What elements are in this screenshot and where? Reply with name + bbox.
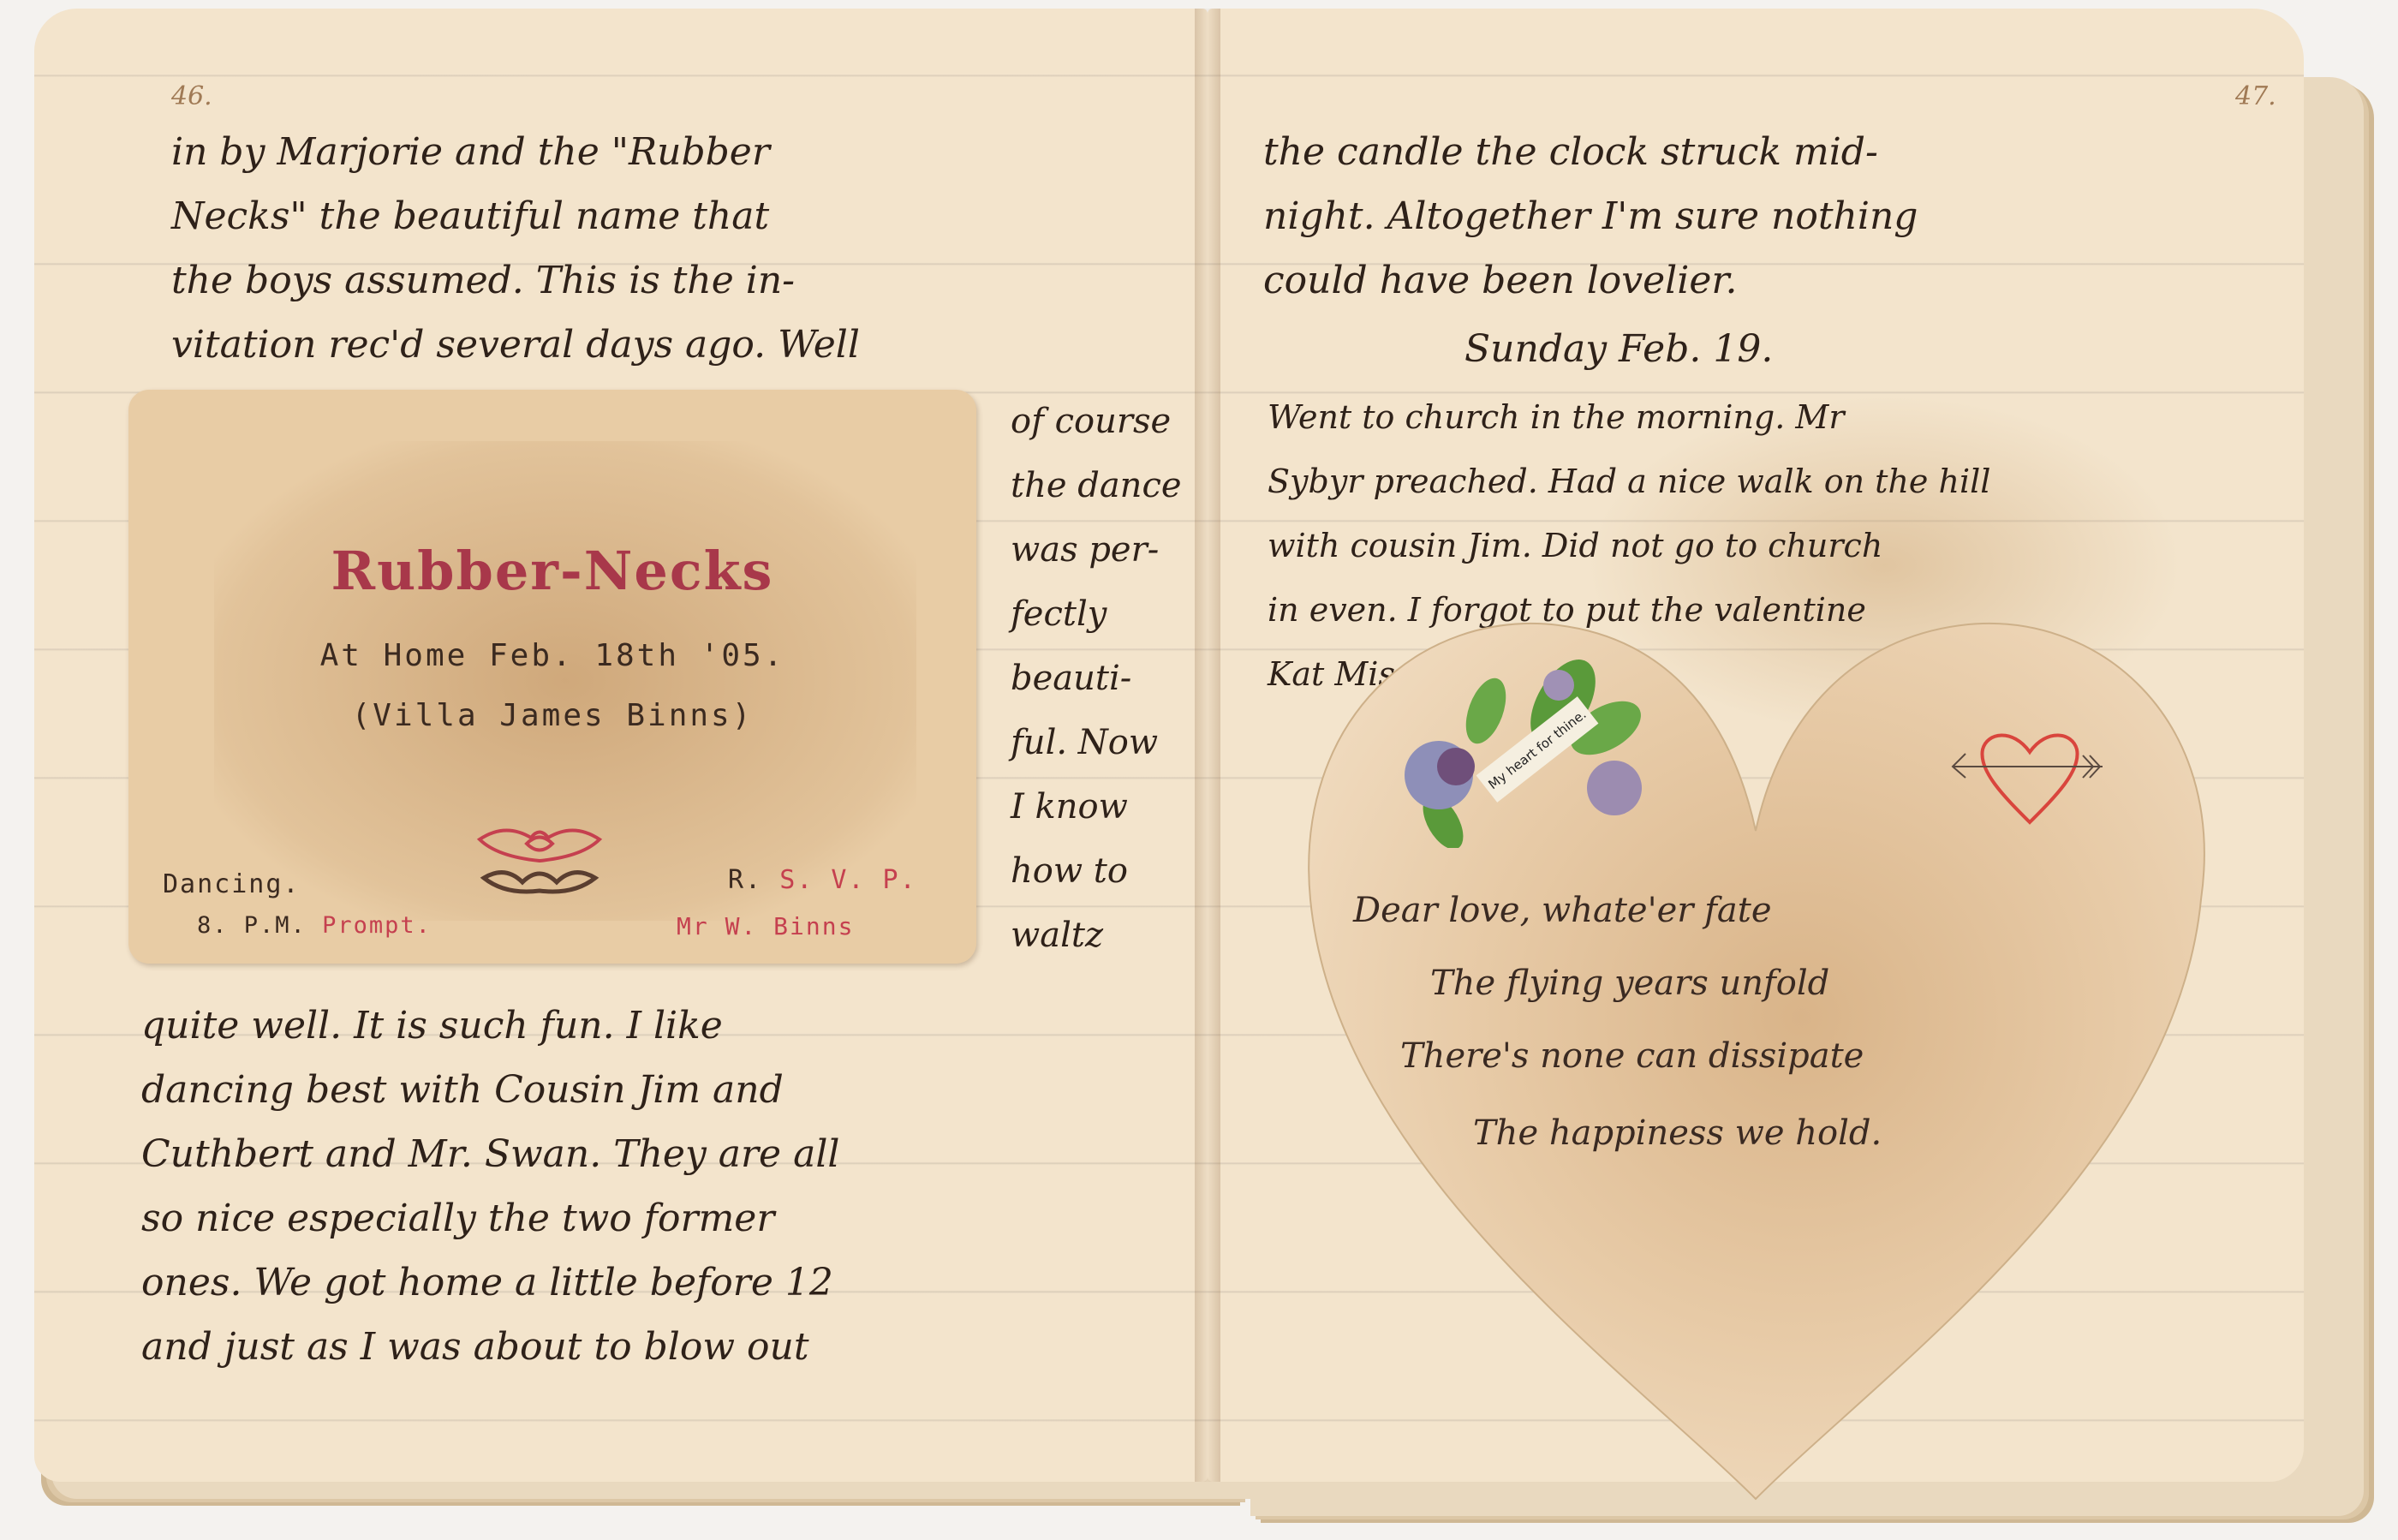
- right-page-top-text: the candle the clock struck mid- night. …: [1263, 120, 1918, 313]
- text-line: the candle the clock struck mid-: [1263, 120, 1918, 184]
- invitation-rsvp-name: Mr W. Binns: [677, 912, 854, 940]
- text-line: dancing best with Cousin Jim and: [141, 1058, 839, 1122]
- invitation-date-line: At Home Feb. 18th '05.: [128, 638, 976, 673]
- text-line: quite well. It is such fun. I like: [141, 994, 839, 1058]
- invitation-rsvp: R. S. V. P.: [728, 865, 917, 895]
- rsvp-red: S. V. P.: [779, 865, 917, 895]
- text-line: could have been lovelier.: [1263, 248, 1918, 313]
- ornament-icon: [462, 822, 617, 899]
- page-number-left: 46.: [171, 81, 212, 111]
- book-gutter: [1195, 9, 1220, 1482]
- left-page-bottom-text: quite well. It is such fun. I like danci…: [141, 994, 839, 1379]
- poem-line: The flying years unfold: [1430, 964, 1829, 1003]
- left-page-top-text: in by Marjorie and the "Rubber Necks" th…: [171, 120, 860, 377]
- invitation-time-black: 8. P.M.: [197, 912, 307, 939]
- heart-with-arrow-icon: [1944, 728, 2115, 831]
- invitation-time: 8. P.M. Prompt.: [197, 912, 432, 939]
- text-line: the boys assumed. This is the in-: [171, 248, 860, 313]
- text-line: the dance: [1011, 454, 1182, 518]
- invitation-host-line: (Villa James Binns): [128, 698, 976, 733]
- text-line: beauti-: [1011, 647, 1182, 711]
- text-line: waltz: [1011, 904, 1182, 968]
- text-line: Sybyr preached. Had a nice walk on the h…: [1268, 450, 1990, 514]
- floral-scrap: My heart for thine.: [1392, 660, 1674, 848]
- invitation-time-red: Prompt.: [322, 912, 432, 939]
- text-line: with cousin Jim. Did not go to church: [1268, 514, 1990, 578]
- left-page-side-column: of course the dance was per- fectly beau…: [1011, 390, 1182, 968]
- poem-line: There's none can dissipate: [1400, 1036, 1864, 1076]
- invitation-card: Rubber-Necks At Home Feb. 18th '05. (Vil…: [128, 390, 976, 964]
- text-line: how to: [1011, 839, 1182, 904]
- text-line: was per-: [1011, 518, 1182, 582]
- text-line: I know: [1011, 775, 1182, 839]
- date-heading: Sunday Feb. 19.: [1464, 317, 1773, 381]
- text-line: in by Marjorie and the "Rubber: [171, 120, 860, 184]
- text-line: Cuthbert and Mr. Swan. They are all: [141, 1122, 839, 1186]
- text-line: of course: [1011, 390, 1182, 454]
- text-line: and just as I was about to blow out: [141, 1315, 839, 1379]
- poem-line: Dear love, whate'er fate: [1353, 891, 1772, 930]
- text-line: ful. Now: [1011, 711, 1182, 775]
- text-line: night. Altogether I'm sure nothing: [1263, 184, 1918, 248]
- invitation-dancing: Dancing.: [163, 869, 301, 899]
- poem-line: The happiness we hold.: [1473, 1113, 1882, 1153]
- rsvp-black: R.: [728, 865, 762, 895]
- text-line: Went to church in the morning. Mr: [1268, 385, 1990, 450]
- text-line: vitation rec'd several days ago. Well: [171, 313, 860, 377]
- invitation-title: Rubber-Necks: [128, 540, 976, 602]
- text-line: fectly: [1011, 582, 1182, 647]
- text-line: Necks" the beautiful name that: [171, 184, 860, 248]
- page-number-right: 47.: [2235, 81, 2276, 111]
- text-line: so nice especially the two former: [141, 1186, 839, 1251]
- text-line: ones. We got home a little before 12: [141, 1251, 839, 1315]
